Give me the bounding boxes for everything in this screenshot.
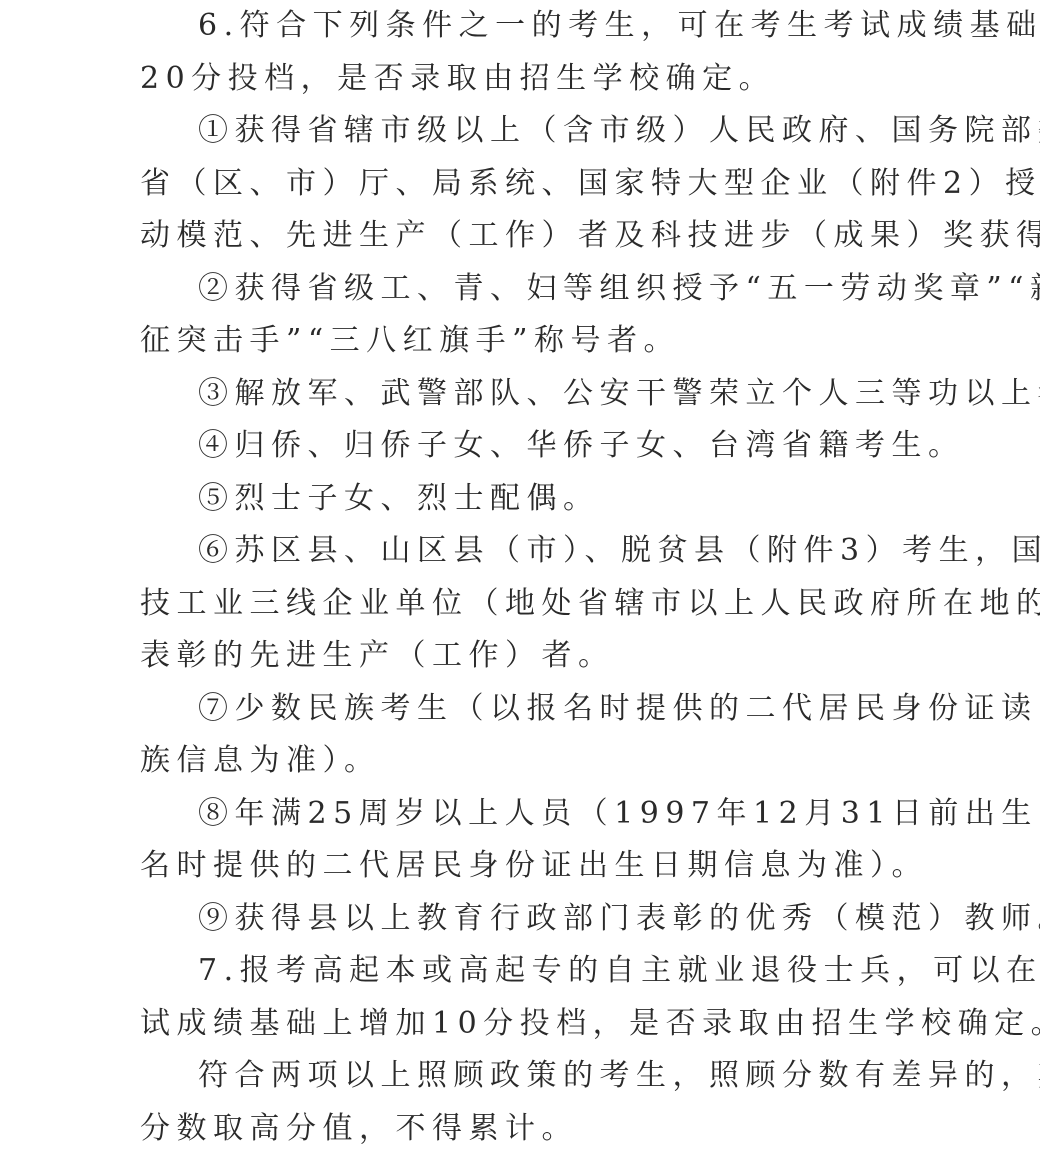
condition-2-line-2: 征突击手”“三八红旗手”称号者。: [140, 315, 956, 368]
document-page: 6.符合下列条件之一的考生，可在考生考试成绩基础上增加 20分投档，是否录取由招…: [140, 0, 956, 1155]
condition-1-line-3: 动模范、先进生产（工作）者及科技进步（成果）奖获得者。: [140, 210, 956, 263]
condition-3: ③解放军、武警部队、公安干警荣立个人三等功以上者。: [140, 368, 956, 421]
item-7-line-2: 试成绩基础上增加10分投档，是否录取由招生学校确定。: [140, 998, 956, 1051]
condition-7-line-1: ⑦少数民族考生（以报名时提供的二代居民身份证读出的民: [140, 683, 956, 736]
condition-5: ⑤烈士子女、烈士配偶。: [140, 473, 956, 526]
item-6-heading-line-1: 6.符合下列条件之一的考生，可在考生考试成绩基础上增加: [140, 0, 956, 53]
condition-7-line-2: 族信息为准）。: [140, 735, 956, 788]
condition-6-line-1: ⑥苏区县、山区县（市）、脱贫县（附件3）考生，国防科: [140, 525, 956, 578]
condition-6-line-2: 技工业三线企业单位（地处省辖市以上人民政府所在地的除外）: [140, 578, 956, 631]
condition-8-line-1: ⑧年满25周岁以上人员（1997年12月31日前出生，以报: [140, 788, 956, 841]
condition-1-line-1: ①获得省辖市级以上（含市级）人民政府、国务院部委及各: [140, 105, 956, 158]
condition-1-line-2: 省（区、市）厅、局系统、国家特大型企业（附件2）授予的劳: [140, 158, 956, 211]
condition-2-line-1: ②获得省级工、青、妇等组织授予“五一劳动奖章”“新长: [140, 263, 956, 316]
condition-6-line-3: 表彰的先进生产（工作）者。: [140, 630, 956, 683]
condition-8-line-2: 名时提供的二代居民身份证出生日期信息为准）。: [140, 840, 956, 893]
condition-9: ⑨获得县以上教育行政部门表彰的优秀（模范）教师。: [140, 893, 956, 946]
item-6-heading-line-2: 20分投档，是否录取由招生学校确定。: [140, 53, 956, 106]
note-line-2: 分数取高分值，不得累计。: [140, 1103, 956, 1156]
condition-4: ④归侨、归侨子女、华侨子女、台湾省籍考生。: [140, 420, 956, 473]
item-7-line-1: 7.报考高起本或高起专的自主就业退役士兵，可以在考生考: [140, 945, 956, 998]
note-line-1: 符合两项以上照顾政策的考生，照顾分数有差异的，其照顾: [140, 1050, 956, 1103]
